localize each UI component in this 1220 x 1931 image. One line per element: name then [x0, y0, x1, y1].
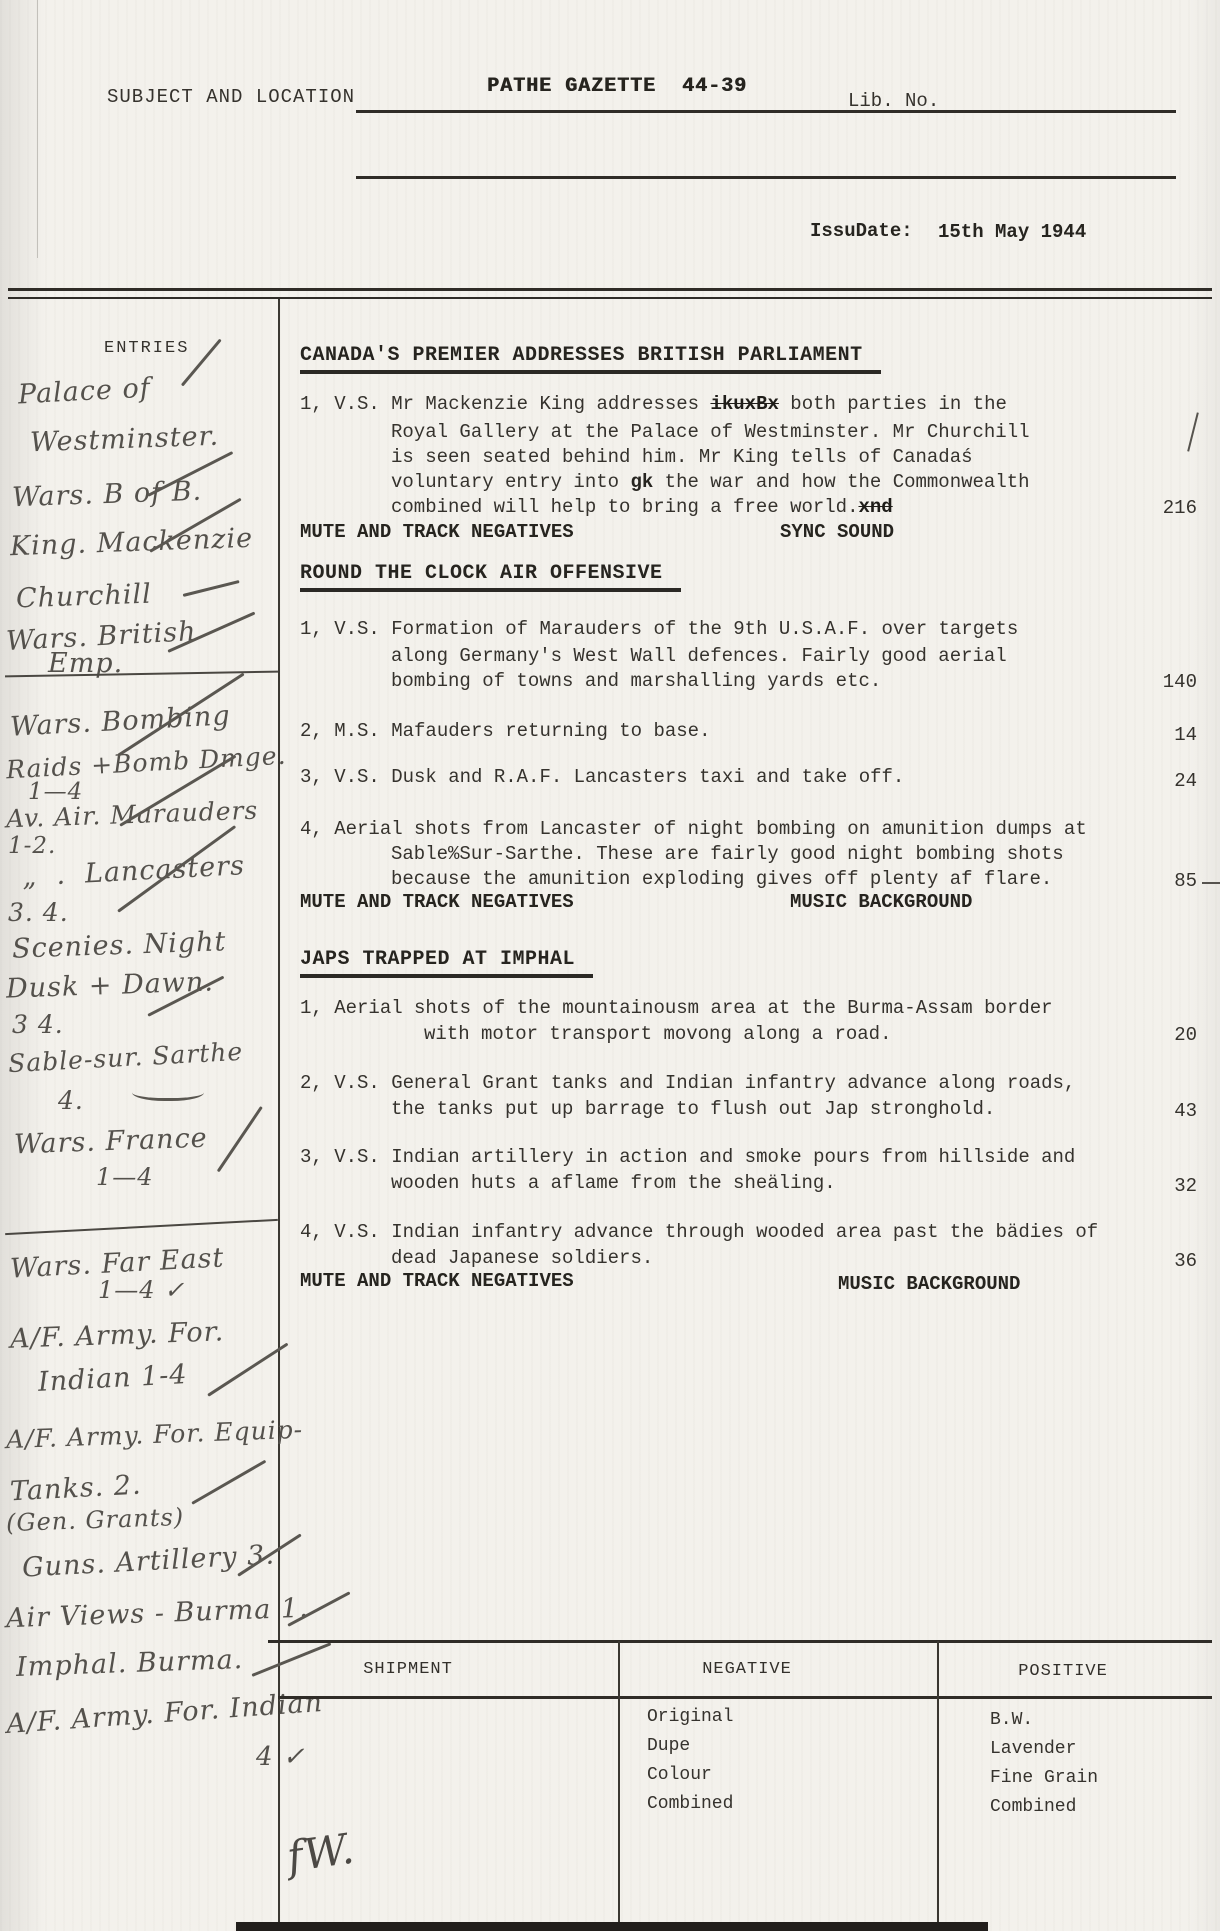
tick-mark [217, 1106, 263, 1172]
entry-note: Guns. Artillery 3. [21, 1539, 275, 1583]
entry-note: A/F. Army. For. Indian [5, 1687, 324, 1740]
section-heading: ROUND THE CLOCK AIR OFFENSIVE [300, 562, 681, 592]
shot-text: combined will help to bring a free world… [391, 496, 858, 518]
section-heading: JAPS TRAPPED AT IMPHAL [300, 948, 593, 978]
sound-type-label: MUSIC BACKGROUND [838, 1273, 1020, 1295]
footage-count: 32 [1135, 1175, 1197, 1197]
negative-option: Dupe [647, 1736, 690, 1756]
entry-note: 3. 4. [8, 898, 69, 927]
entry-note: 1—4 [96, 1163, 154, 1191]
entries-divider-2 [5, 1219, 278, 1235]
negative-option: Colour [647, 1765, 712, 1785]
entry-note: 1—4 ✓ [98, 1276, 185, 1304]
positive-option: B.W. [990, 1710, 1033, 1730]
negative-type-label: MUTE AND TRACK NEGATIVES [300, 521, 574, 543]
entry-note: Westminster. [30, 421, 220, 459]
shot-line: 4, V.S. Indian infantry advance through … [300, 1221, 1098, 1243]
shot-line: is seen seated behind him. Mr King tells… [391, 446, 973, 468]
shot-text: the war and how the Commonwealth [653, 471, 1029, 493]
negative-option: Original [647, 1707, 733, 1727]
table-top-rule [268, 1640, 1212, 1643]
shot-text: both parties in the [779, 393, 1007, 415]
header-rule-2 [356, 176, 1176, 179]
table-divider-2 [937, 1641, 939, 1931]
entry-note: Indian 1-4 [37, 1359, 188, 1398]
entry-note: Sable-sur. Sarthe [7, 1037, 243, 1078]
shot-line: bombing of towns and marshalling yards e… [391, 670, 881, 692]
entry-note: A/F. Army. For. [10, 1316, 225, 1354]
scanner-edge-bar [236, 1922, 988, 1931]
shot-line: along Germany's West Wall defences. Fair… [391, 645, 1007, 667]
shot-line: wooden huts a aflame from the sheäling. [391, 1172, 836, 1194]
shot-line: 2, M.S. Mafauders returning to base. [300, 720, 710, 742]
top-double-rule-b [8, 297, 1212, 299]
entry-note: Imphal. Burma. [16, 1644, 244, 1683]
tick-mark [191, 1460, 266, 1505]
footage-count: 85 [1135, 870, 1197, 892]
initials-signature: fW. [284, 1824, 358, 1882]
entry-note: 4 ✓ [256, 1742, 306, 1772]
library-record-card: SUBJECT AND LOCATION PATHE GAZETTE 44-39… [0, 0, 1220, 1931]
positive-option: Fine Grain [990, 1768, 1098, 1788]
table-header-rule [278, 1696, 1212, 1699]
negative-type-label: MUTE AND TRACK NEGATIVES [300, 1270, 574, 1292]
entry-note: Scenies. Night [12, 926, 227, 964]
positive-option: Combined [990, 1797, 1076, 1817]
footage-count: 36 [1135, 1250, 1197, 1272]
footage-count: 20 [1135, 1024, 1197, 1046]
shot-line: the tanks put up barrage to flush out Ja… [391, 1098, 995, 1120]
shot-text: voluntary entry into [391, 471, 630, 493]
margin-dash-mark [1202, 882, 1220, 884]
entry-note: Wars. France [14, 1123, 209, 1161]
newsreel-title: PATHE GAZETTE 44-39 [487, 76, 747, 98]
tick-mark [132, 1082, 204, 1101]
entry-note: Palace of [17, 373, 151, 411]
overstruck-text: xnd [858, 496, 892, 518]
entry-note: A/F. Army. For. Equip- [6, 1415, 304, 1454]
entry-note: Raids +Bomb Dmge. [5, 741, 287, 785]
shot-line: 4, Aerial shots from Lancaster of night … [300, 818, 1087, 840]
footage-count: 43 [1135, 1100, 1197, 1122]
negative-type-label: MUTE AND TRACK NEGATIVES [300, 891, 574, 913]
shot-text: 1, V.S. Mr Mackenzie King addresses [300, 393, 710, 415]
tick-mark [251, 1642, 331, 1677]
entries-column-divider [278, 299, 280, 1931]
shipment-column-header: SHIPMENT [363, 1660, 453, 1679]
shot-line: dead Japanese soldiers. [391, 1247, 653, 1269]
footage-count: 216 [1135, 497, 1197, 519]
sound-type-label: MUSIC BACKGROUND [790, 891, 972, 913]
entry-note: (Gen. Grants) [6, 1503, 185, 1537]
entries-header: ENTRIES [104, 338, 189, 360]
stray-pen-mark [1187, 412, 1199, 451]
section-heading: CANADA'S PREMIER ADDRESSES BRITISH PARLI… [300, 344, 881, 374]
shot-line: combined will help to bring a free world… [391, 496, 893, 518]
shot-line: 1, Aerial shots of the mountainousm area… [300, 997, 1053, 1019]
lib-no-label: Lib. No. [848, 90, 939, 112]
tick-mark [207, 1343, 288, 1397]
issue-date-label: IssuDate: [810, 220, 913, 242]
sound-type-label: SYNC SOUND [780, 521, 894, 543]
entry-note: Air Views - Burma 1. [6, 1593, 310, 1635]
shot-line: 2, V.S. General Grant tanks and Indian i… [300, 1072, 1075, 1094]
footage-count: 14 [1135, 724, 1197, 746]
positive-option: Lavender [990, 1739, 1076, 1759]
shot-line: Royal Gallery at the Palace of Westminst… [391, 421, 1030, 443]
table-divider-1 [618, 1641, 620, 1931]
positive-column-header: POSITIVE [1018, 1662, 1108, 1681]
shot-line: voluntary entry into gk the war and how … [391, 471, 1030, 493]
shot-line: 3, V.S. Indian artillery in action and s… [300, 1146, 1075, 1168]
issue-date-value: 15th May 1944 [938, 221, 1086, 243]
entry-note: 4. [58, 1086, 84, 1115]
entry-note: Churchill [16, 579, 153, 615]
negative-option: Combined [647, 1794, 733, 1814]
entry-note: Tanks. 2. [9, 1470, 142, 1508]
overstruck-text: gk [630, 471, 653, 493]
scan-edge-line [37, 0, 38, 258]
shot-line: 3, V.S. Dusk and R.A.F. Lancasters taxi … [300, 766, 904, 788]
subject-location-label: SUBJECT AND LOCATION [107, 86, 355, 108]
entry-note: 3 4. [12, 1010, 64, 1039]
footage-count: 24 [1135, 770, 1197, 792]
entry-note: 1-2. [8, 833, 56, 859]
tick-mark [183, 580, 240, 597]
negative-column-header: NEGATIVE [702, 1660, 792, 1679]
overstruck-text: ikuxBx [710, 393, 778, 415]
shot-line: 1, V.S. Formation of Marauders of the 9t… [300, 618, 1018, 640]
header-rule-1 [356, 110, 1176, 113]
entry-note: King. Mackenzie [10, 523, 254, 562]
shot-line: Sable%Sur-Sarthe. These are fairly good … [391, 843, 1064, 865]
shot-line: with motor transport movong along a road… [424, 1023, 891, 1045]
shot-line: 1, V.S. Mr Mackenzie King addresses ikux… [300, 393, 1007, 415]
entry-note: Wars. Bombing [9, 700, 231, 743]
top-double-rule-a [8, 288, 1212, 291]
footage-count: 140 [1135, 671, 1197, 693]
shot-line: because the amunition exploding gives of… [391, 868, 1052, 890]
